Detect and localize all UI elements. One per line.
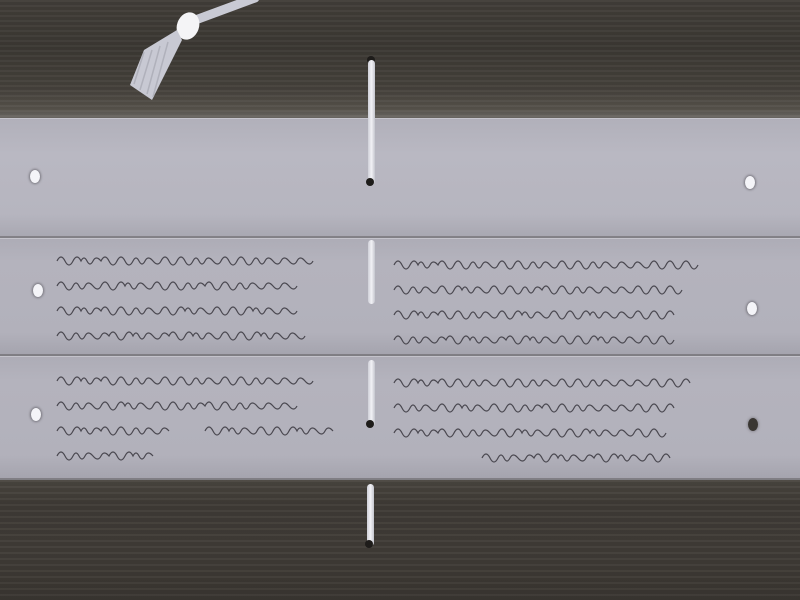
script-line — [55, 246, 355, 271]
left-text-column — [55, 246, 355, 346]
cord-hole — [366, 420, 374, 428]
tassel-icon — [120, 0, 260, 110]
cord-segment — [367, 484, 374, 546]
script-line — [392, 393, 732, 418]
left-text-column — [55, 366, 355, 466]
blank-palm-leaf: blank palm leaf — [0, 118, 800, 238]
script-line — [55, 441, 355, 466]
script-line — [392, 325, 732, 350]
script-line — [55, 391, 355, 416]
right-text-column — [392, 368, 732, 468]
right-hole — [745, 176, 755, 189]
script-line — [392, 368, 732, 393]
script-line — [55, 321, 355, 346]
cord-hole-bottom — [365, 540, 373, 548]
cord-segment — [368, 240, 375, 304]
bottom-wooden-board: wooden cover board (bottom) — [0, 480, 800, 600]
right-hole — [747, 302, 757, 315]
left-hole — [30, 170, 40, 183]
script-line — [55, 296, 355, 321]
cord-segment — [368, 60, 375, 184]
right-text-column — [392, 250, 732, 350]
script-line — [392, 275, 732, 300]
script-line — [392, 300, 732, 325]
right-hole — [748, 418, 758, 431]
script-line — [55, 271, 355, 296]
script-line — [392, 443, 732, 468]
script-line — [55, 416, 355, 441]
script-line — [392, 418, 732, 443]
inscribed-palm-leaf-1: inscribed palm leaf 1 — [0, 238, 800, 356]
left-hole — [31, 408, 41, 421]
cord-hole — [366, 178, 374, 186]
cord-segment — [368, 360, 375, 426]
script-line — [392, 250, 732, 275]
inscribed-palm-leaf-2: inscribed palm leaf 2 — [0, 356, 800, 480]
left-hole — [33, 284, 43, 297]
script-line — [55, 366, 355, 391]
